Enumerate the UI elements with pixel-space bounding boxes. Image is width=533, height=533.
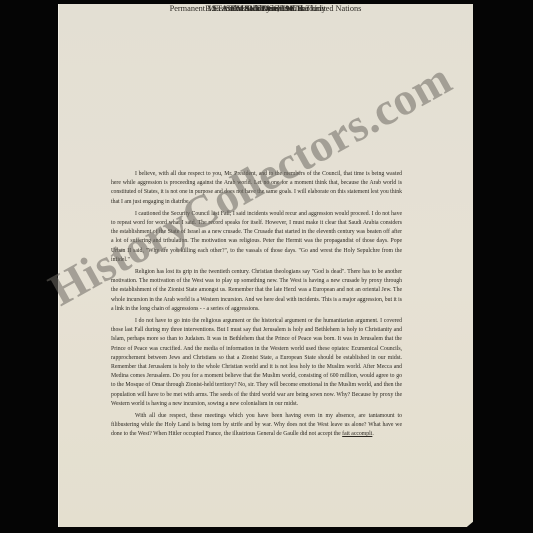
underlined-phrase: fait accompli bbox=[342, 431, 372, 437]
paragraph: Religion has lost its grip in the twenti… bbox=[111, 268, 402, 314]
paragraph-last: With all due respect, these meetings whi… bbox=[111, 412, 402, 440]
paragraph-end: . bbox=[372, 431, 373, 437]
paragraph: I do not have to go into the religious a… bbox=[111, 317, 402, 409]
author-affiliation: Permanent Mission of Saudi Arabia to the… bbox=[58, 4, 473, 13]
